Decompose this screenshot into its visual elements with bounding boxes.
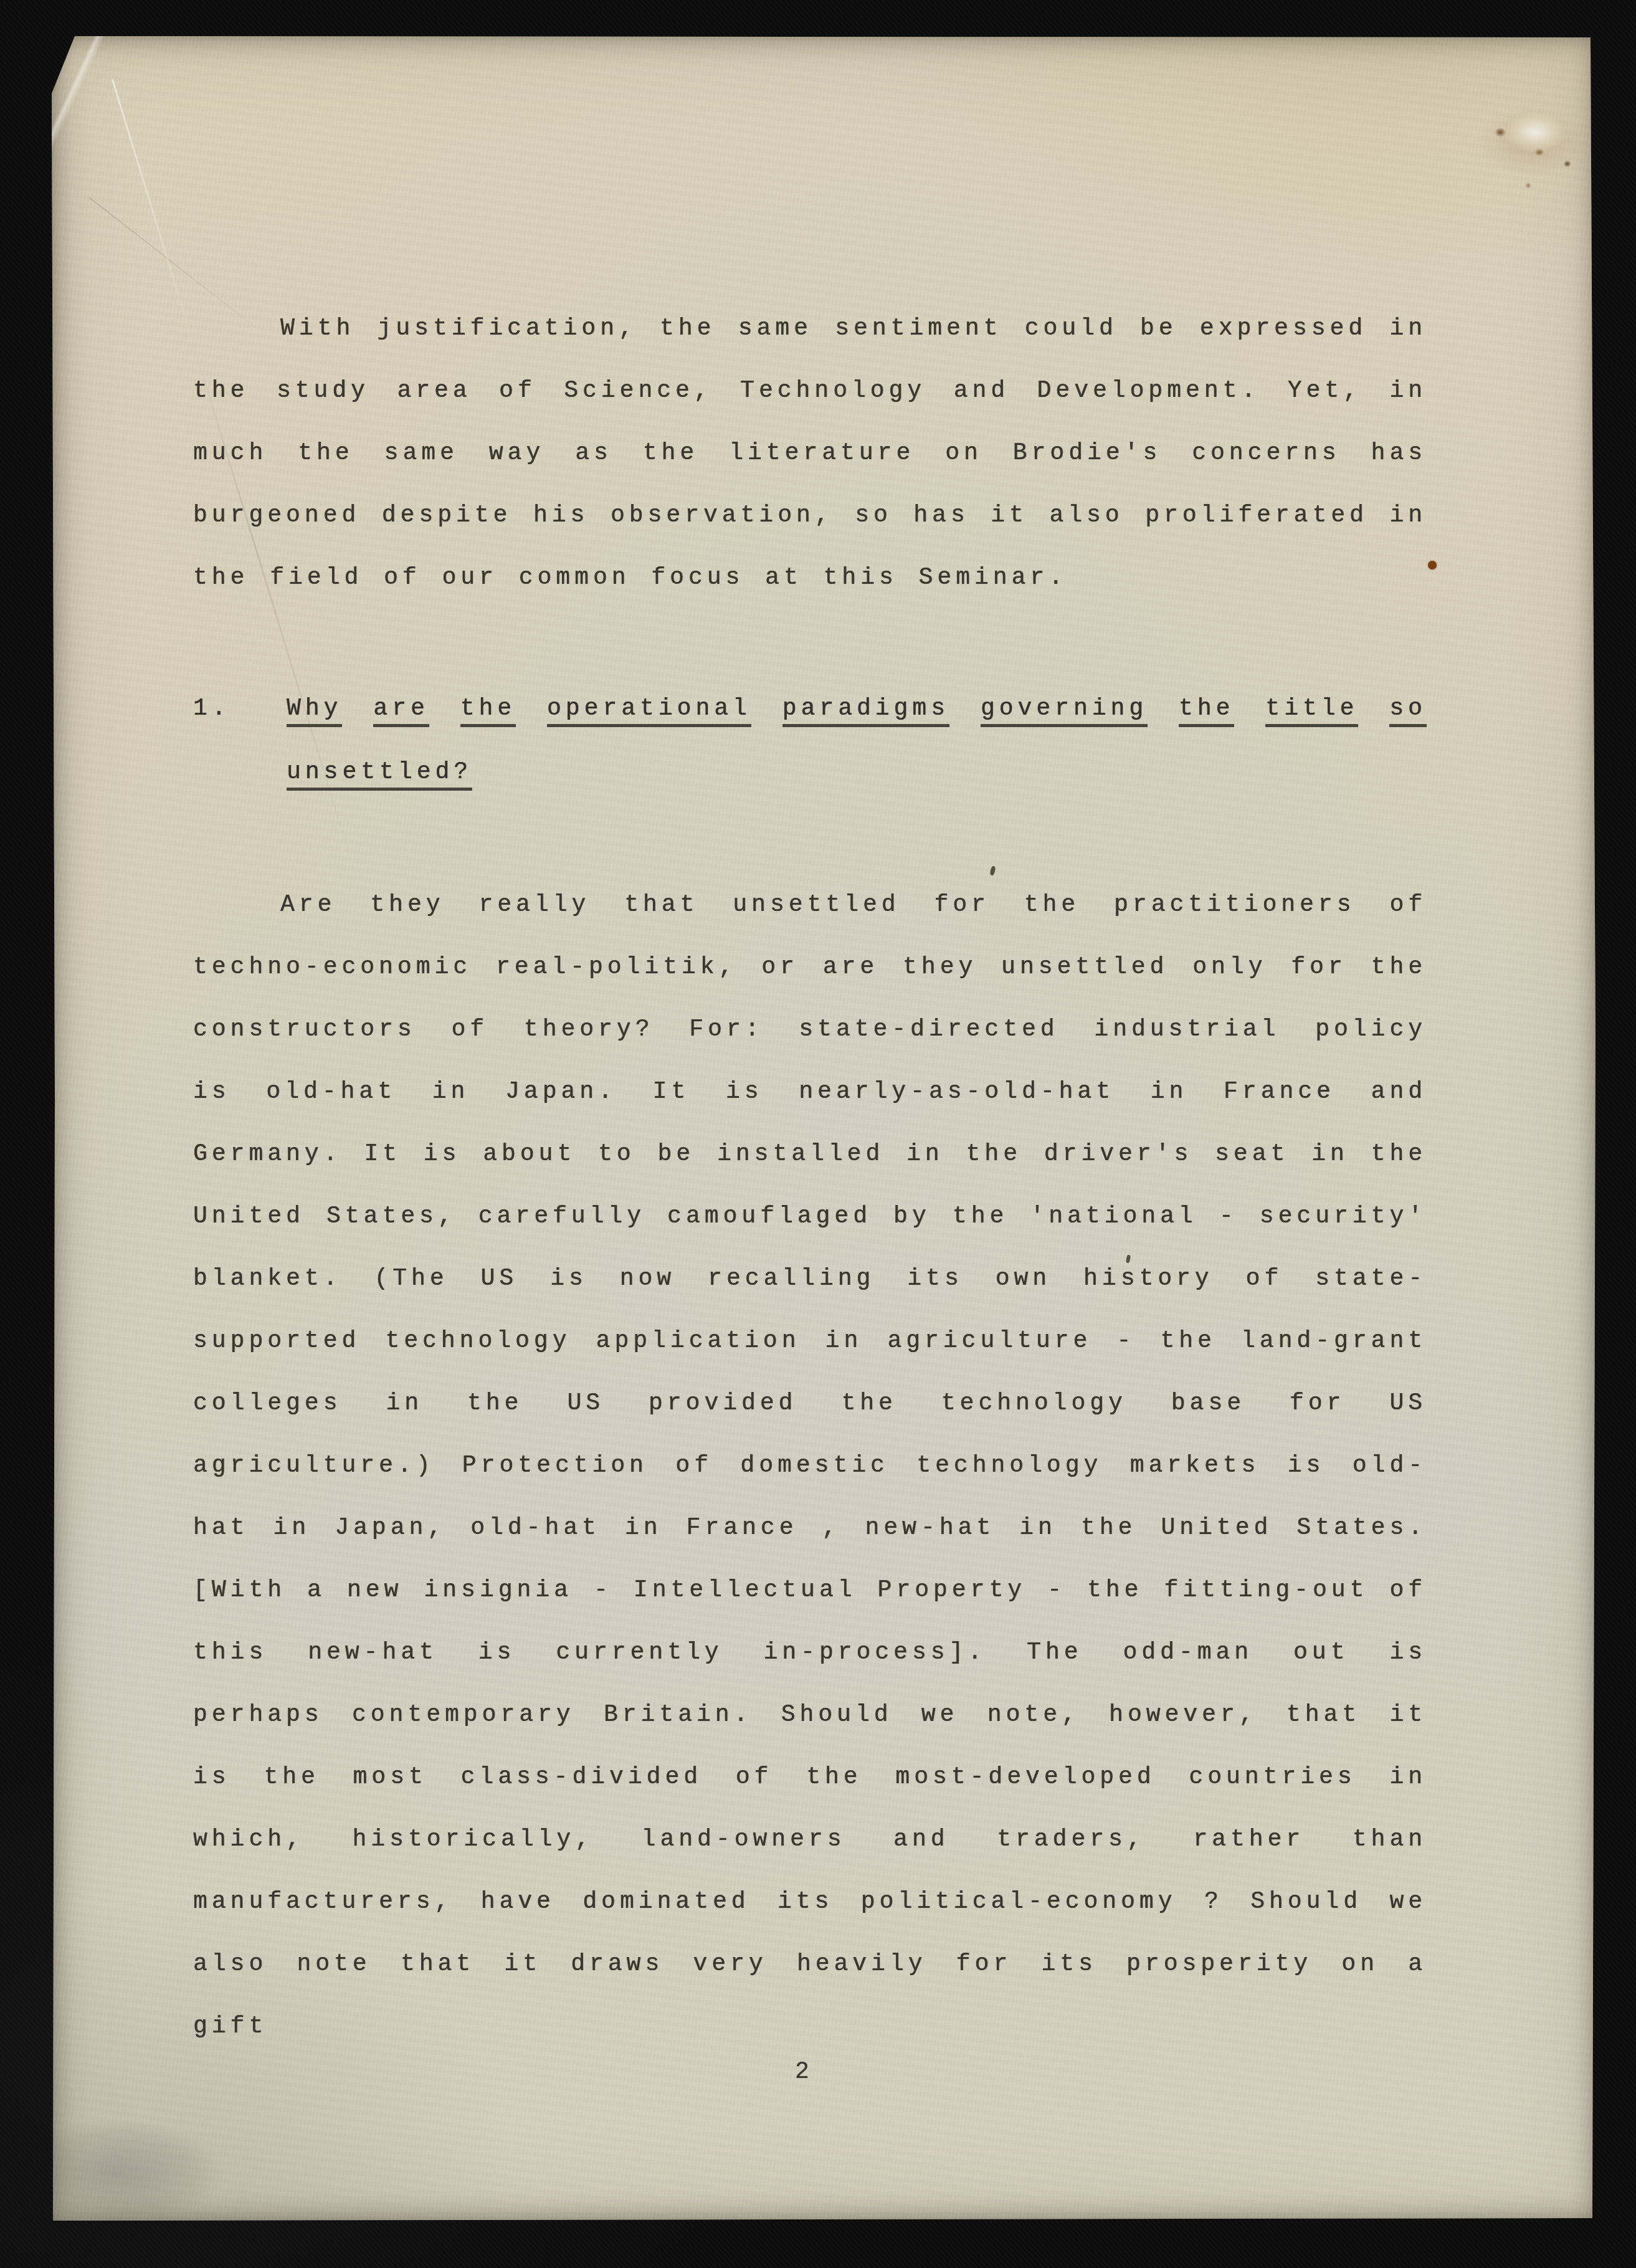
text-line: hat in Japan, old-hat in France , new-ha… bbox=[193, 1497, 1427, 1560]
text-line: also note that it draws very heavily for… bbox=[193, 1933, 1427, 1996]
section-heading: 1. Why are the operational paradigms gov… bbox=[193, 697, 1427, 791]
underlined-word: Why bbox=[287, 697, 342, 727]
text-line: Are they really that unsettled for the p… bbox=[193, 874, 1427, 936]
underlined-word: the bbox=[460, 697, 516, 727]
underlined-word: so bbox=[1389, 697, 1427, 727]
heading-underlined-text: Why are the operational paradigms govern… bbox=[287, 697, 1427, 727]
text-line: manufacturers, have dominated its politi… bbox=[193, 1871, 1427, 1933]
underlined-word: governing bbox=[981, 697, 1148, 727]
heading-number: 1. bbox=[193, 697, 287, 721]
text-line: blanket. (The US is now recalling its ow… bbox=[193, 1248, 1427, 1310]
underlined-word: are bbox=[373, 697, 429, 727]
text-line: Germany. It is about to be installed in … bbox=[193, 1123, 1427, 1186]
text-line: much the same way as the literature on B… bbox=[193, 422, 1427, 485]
text-line: constructors of theory? For: state-direc… bbox=[193, 999, 1427, 1061]
text-line: supported technology application in agri… bbox=[193, 1310, 1427, 1373]
text-line: perhaps contemporary Britain. Should we … bbox=[193, 1684, 1427, 1746]
page-number: 2 bbox=[795, 2041, 814, 2104]
text-line: United States, carefully camouflaged by … bbox=[193, 1186, 1427, 1248]
text-line: is old-hat in Japan. It is nearly-as-old… bbox=[193, 1061, 1427, 1123]
rust-stain bbox=[1458, 91, 1598, 189]
text-line: this new-hat is currently in-process]. T… bbox=[193, 1622, 1427, 1684]
paragraph-1: With justification, the same sentiment c… bbox=[193, 298, 1427, 609]
underlined-word: the bbox=[1179, 697, 1234, 727]
heading-underlined-text-line2: unsettled? bbox=[287, 761, 472, 791]
paper-sheet: With justification, the same sentiment c… bbox=[52, 36, 1596, 2221]
text-line: colleges in the US provided the technolo… bbox=[193, 1373, 1427, 1435]
text-line: techno-economic real-politik, or are the… bbox=[193, 936, 1427, 999]
text-line: the study area of Science, Technology an… bbox=[193, 360, 1427, 422]
text-line: which, historically, land-owners and tra… bbox=[193, 1809, 1427, 1871]
heading-line-1: 1. Why are the operational paradigms gov… bbox=[193, 697, 1427, 759]
text-line: agriculture.) Protection of domestic tec… bbox=[193, 1435, 1427, 1497]
text-line: burgeoned despite his observation, so ha… bbox=[193, 485, 1427, 547]
text-line: [With a new insignia - Intellectual Prop… bbox=[193, 1560, 1427, 1622]
text-line: is the most class-divided of the most-de… bbox=[193, 1746, 1427, 1809]
heading-line-2: unsettled? bbox=[193, 759, 1427, 791]
typewritten-content: With justification, the same sentiment c… bbox=[193, 36, 1427, 2221]
stray-period-speck bbox=[1428, 561, 1437, 569]
underlined-word: operational bbox=[547, 697, 751, 727]
underlined-word: paradigms bbox=[782, 697, 949, 727]
paragraph-2: Are they really that unsettled for the p… bbox=[193, 874, 1427, 1996]
text-line: the field of our common focus at this Se… bbox=[193, 547, 1427, 609]
underlined-word: title bbox=[1265, 697, 1358, 727]
text-line: With justification, the same sentiment c… bbox=[193, 298, 1427, 360]
